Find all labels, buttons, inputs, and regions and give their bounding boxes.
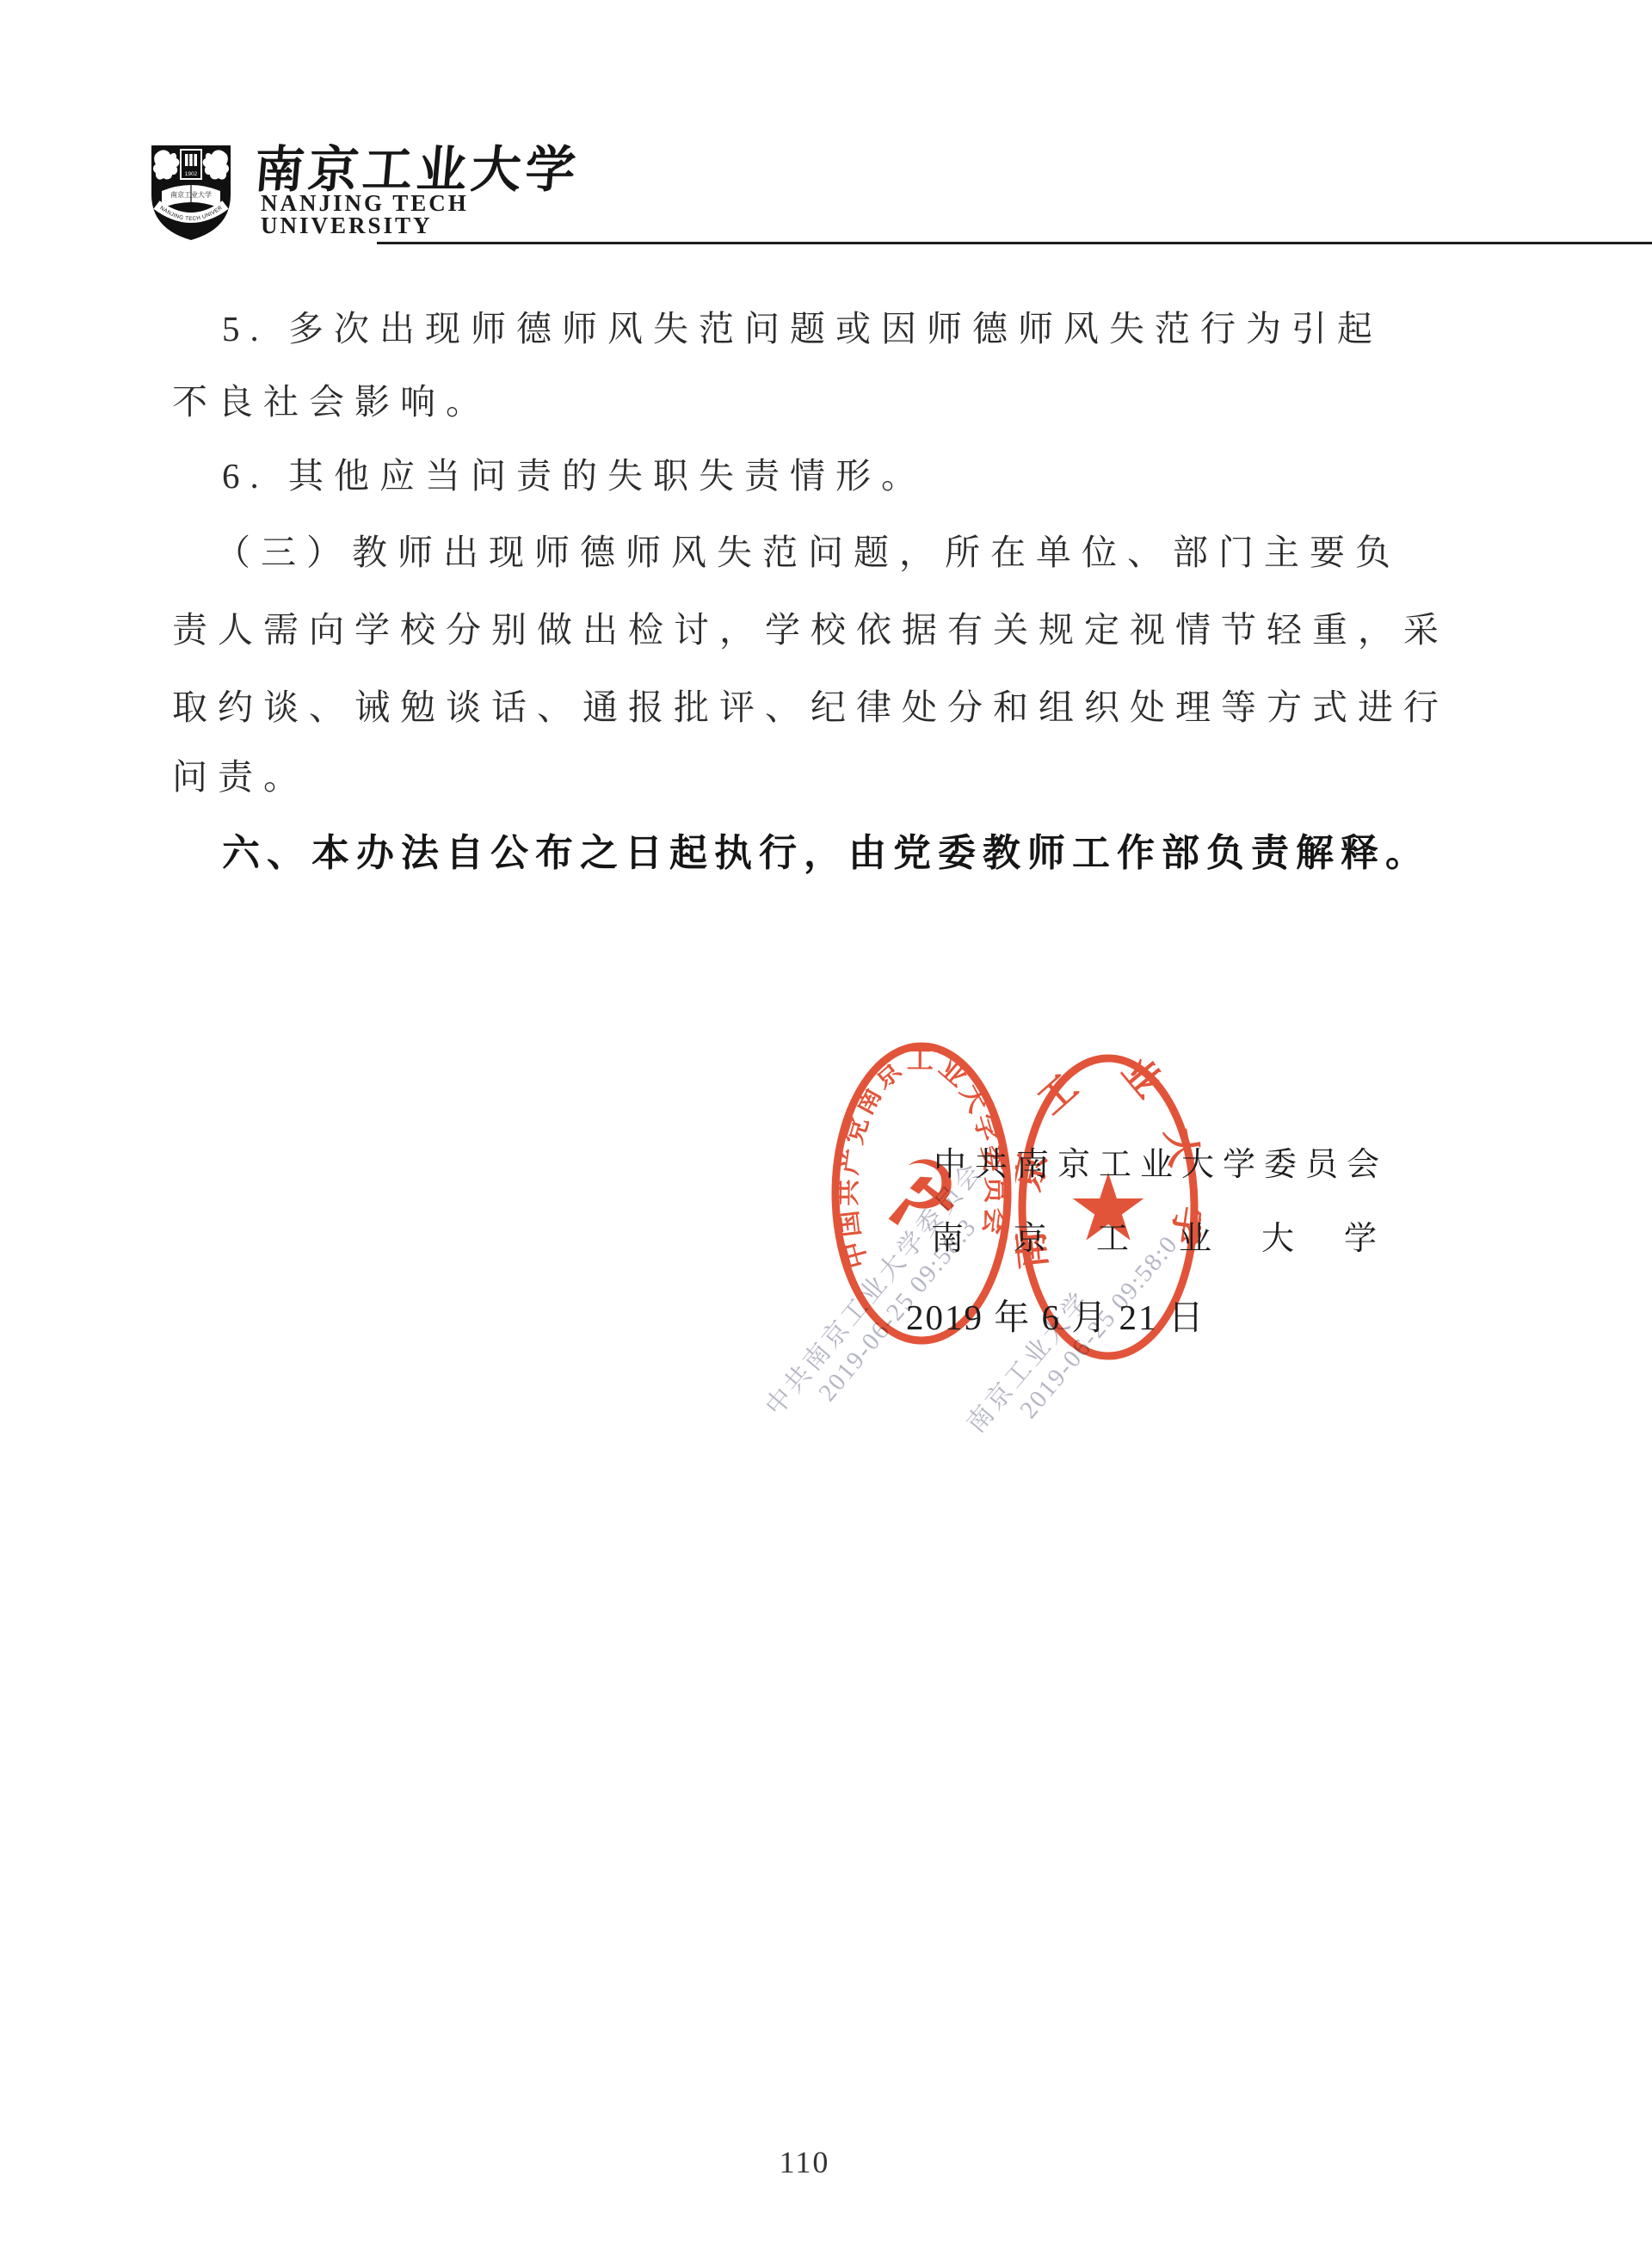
- body-line-2: 不良社会影响。: [172, 379, 491, 424]
- header-divider: [377, 242, 1652, 244]
- university-name-en-line1: NANJING TECH: [261, 192, 469, 215]
- page-number: 110: [740, 2144, 869, 2180]
- body-line-3: 6. 其他应当问责的失职失责情形。: [172, 453, 927, 498]
- signature-org-line: 中共南京工业大学委员会: [934, 1137, 1388, 1185]
- university-name-en-line2: UNIVERSITY: [261, 214, 433, 237]
- body-line-1: 5. 多次出现师德师风失范问题或因师德师风失范行为引起: [172, 306, 1383, 351]
- logo-book-text: 南京工业大学: [170, 190, 212, 199]
- body-line-7: 问责。: [172, 755, 309, 799]
- logo-year: 1902: [185, 171, 198, 177]
- body-line-8-closing-clause: 六、本办法自公布之日起执行，由党委教师工作部负责解释。: [172, 831, 1430, 876]
- body-line-4: （三）教师出现师德师风失范问题，所在单位、部门主要负: [172, 530, 1401, 575]
- university-logo: 1902 南京工业大学 NANJING TECH UNIVERSITY: [148, 143, 234, 243]
- signature-date-line: 2019 年 6 月 21 日: [906, 1289, 1205, 1340]
- document-page: 1902 南京工业大学 NANJING TECH UNIVERSITY 南京工业…: [0, 0, 1652, 2268]
- signature-university-line: 南京工业大学: [931, 1211, 1427, 1259]
- body-line-6: 取约谈、诫勉谈话、通报批评、纪律处分和组织处理等方式进行: [172, 685, 1449, 730]
- body-line-5: 责人需向学校分别做出检讨，学校依据有关规定视情节轻重，采: [172, 607, 1449, 652]
